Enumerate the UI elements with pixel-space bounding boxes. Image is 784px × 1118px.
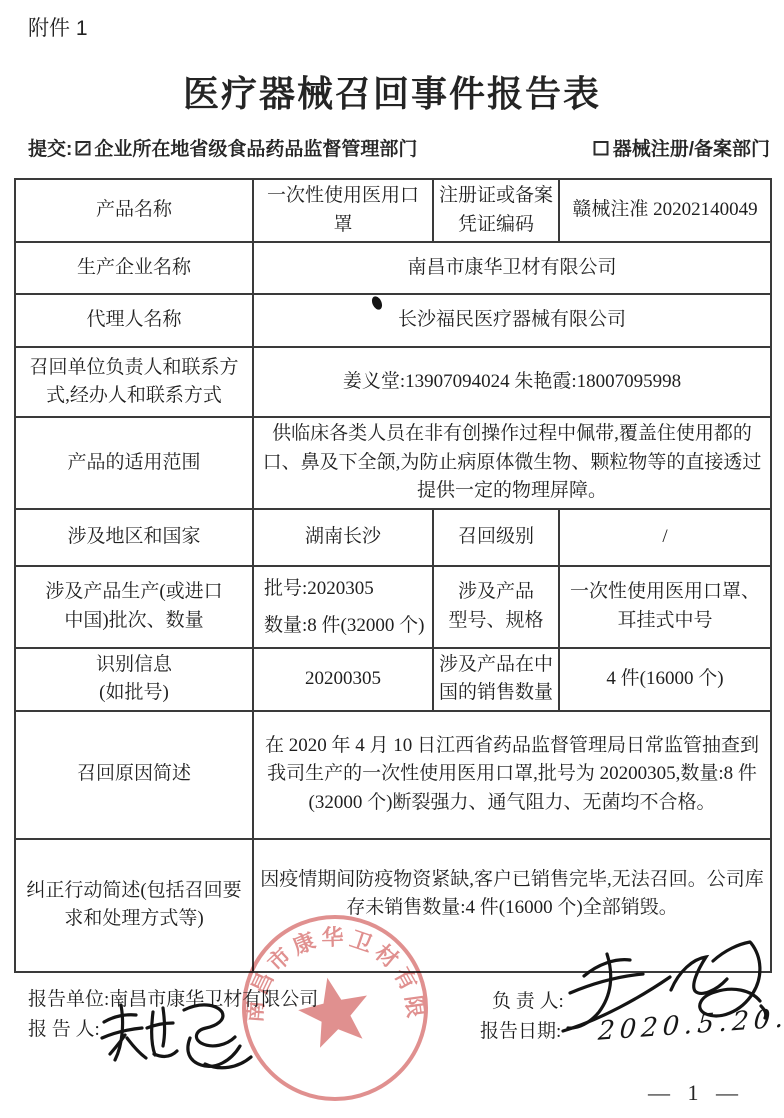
model-label: 涉及产品 型号、规格	[433, 566, 559, 648]
recall-reason-label: 召回原因简述	[15, 711, 253, 839]
agent-value: 长沙福民医疗器械有限公司	[253, 294, 771, 347]
table-row: 纠正行动简述(包括召回要 求和处理方式等) 因疫情期间防疫物资紧缺,客户已销售完…	[15, 839, 771, 972]
report-unit-value: 南昌市康华卫材有限公司	[109, 989, 318, 1010]
batch-quantity: 数量:8 件(32000 个)	[264, 612, 426, 641]
checkbox-empty-icon	[593, 140, 609, 156]
scope-value: 供临床各类人员在非有创操作过程中佩带,覆盖住使用都的口、鼻及下全颌,为防止病原体…	[253, 417, 771, 509]
report-unit-line: 报告单位:南昌市康华卫材有限公司	[28, 984, 318, 1011]
recall-report-table: 产品名称 一次性使用医用口罩 注册证或备案 凭证编码 赣械注准 20202140…	[14, 178, 772, 973]
table-row: 识别信息 (如批号) 20200305 涉及产品在中 国的销售数量 4 件(16…	[15, 648, 771, 711]
submit-option-registration: 器械注册/备案部门	[591, 134, 770, 161]
reporter-signature	[102, 1005, 251, 1068]
submit-line: 提交:企业所在地省级食品药品监督管理部门 器械注册/备案部门	[28, 134, 770, 161]
checkbox-checked-icon	[75, 140, 91, 156]
agent-label: 代理人名称	[15, 294, 253, 347]
table-row: 召回单位负责人和联系方 式,经办人和联系方式 姜义堂:13907094024 朱…	[15, 347, 771, 417]
submit-option1-label: 企业所在地省级食品药品监督管理部门	[94, 134, 417, 161]
submit-option2-label: 器械注册/备案部门	[613, 134, 770, 161]
report-date-handwritten: 2020.5.20.	[597, 1003, 784, 1047]
table-row: 代理人名称 长沙福民医疗器械有限公司	[15, 294, 771, 347]
table-row: 召回原因简述 在 2020 年 4 月 10 日江西省药品监督管理局日常监管抽查…	[15, 711, 771, 839]
scope-label: 产品的适用范围	[15, 417, 253, 509]
table-row: 生产企业名称 南昌市康华卫材有限公司	[15, 242, 771, 294]
recall-reason-value: 在 2020 年 4 月 10 日江西省药品监督管理局日常监管抽查到我司生产的一…	[253, 711, 771, 839]
manufacturer-value: 南昌市康华卫材有限公司	[253, 242, 771, 294]
product-name-value: 一次性使用医用口罩	[253, 179, 433, 242]
identification-label: 识别信息 (如批号)	[15, 648, 253, 711]
product-name-label: 产品名称	[15, 179, 253, 242]
table-row: 涉及地区和国家 湖南长沙 召回级别 /	[15, 509, 771, 566]
manufacturer-label: 生产企业名称	[15, 242, 253, 294]
registration-value: 赣械注准 20202140049	[559, 179, 771, 242]
model-value: 一次性使用医用口罩、耳挂式中号	[559, 566, 771, 648]
recall-level-label: 召回级别	[433, 509, 559, 566]
attachment-label: 附件 1	[28, 12, 88, 42]
china-sales-value: 4 件(16000 个)	[559, 648, 771, 711]
batch-label: 涉及产品生产(或进口 中国)批次、数量	[15, 566, 253, 648]
page-number: — 1 —	[648, 1080, 744, 1106]
region-label: 涉及地区和国家	[15, 509, 253, 566]
recall-level-value: /	[559, 509, 771, 566]
scanned-report-page: 附件 1 医疗器械召回事件报告表 提交:企业所在地省级食品药品监督管理部门 器械…	[0, 0, 784, 1118]
form-title: 医疗器械召回事件报告表	[0, 66, 784, 117]
responsible-label: 负 责 人:	[492, 986, 564, 1013]
reporter-label: 报 告 人:	[28, 1014, 100, 1041]
report-unit-label: 报告单位:	[28, 989, 109, 1010]
table-row: 产品名称 一次性使用医用口罩 注册证或备案 凭证编码 赣械注准 20202140…	[15, 179, 771, 242]
corrective-action-label: 纠正行动简述(包括召回要 求和处理方式等)	[15, 839, 253, 972]
identification-value: 20200305	[253, 648, 433, 711]
china-sales-label: 涉及产品在中 国的销售数量	[433, 648, 559, 711]
contact-label: 召回单位负责人和联系方 式,经办人和联系方式	[15, 347, 253, 417]
report-date-label: 报告日期:	[480, 1016, 561, 1043]
submit-prefix: 提交:	[28, 134, 72, 161]
table-row: 涉及产品生产(或进口 中国)批次、数量 批号:2020305 数量:8 件(32…	[15, 566, 771, 648]
table-row: 产品的适用范围 供临床各类人员在非有创操作过程中佩带,覆盖住使用都的口、鼻及下全…	[15, 417, 771, 509]
registration-label: 注册证或备案 凭证编码	[433, 179, 559, 242]
corrective-action-value: 因疫情期间防疫物资紧缺,客户已销售完毕,无法召回。公司库存未销售数量:4 件(1…	[253, 839, 771, 972]
batch-value-cell: 批号:2020305 数量:8 件(32000 个)	[253, 566, 433, 648]
region-value: 湖南长沙	[253, 509, 433, 566]
submit-option-provincial: 提交:企业所在地省级食品药品监督管理部门	[28, 134, 417, 161]
contact-value: 姜义堂:13907094024 朱艳霞:18007095998	[253, 347, 771, 417]
batch-number: 批号:2020305	[264, 575, 426, 604]
